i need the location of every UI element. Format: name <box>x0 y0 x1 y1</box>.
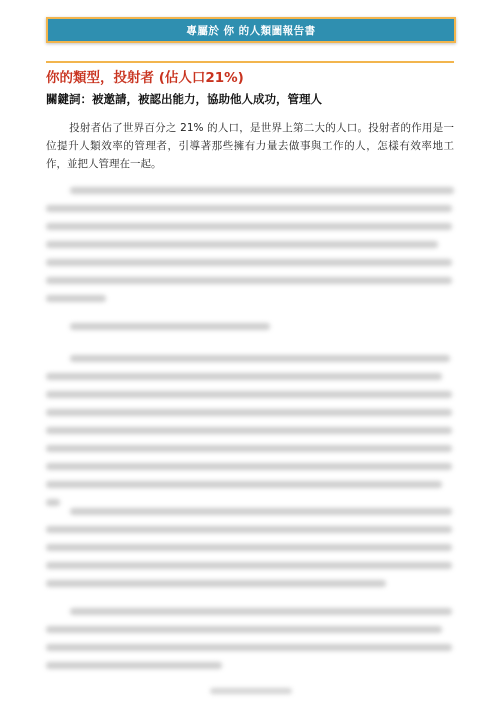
blurred-paragraph-3 <box>46 355 454 517</box>
intro-paragraph: 投射者佔了世界百分之 21% 的人口，是世界上第二大的人口。投射者的作用是一位提… <box>46 119 454 173</box>
blurred-paragraph-4 <box>46 508 454 598</box>
type-heading: 你的類型，投射者 (佔人口21%) <box>46 66 244 86</box>
report-title: 專屬於 你 的人類圖報告書 <box>186 23 315 38</box>
section-divider <box>46 61 454 63</box>
blurred-footer <box>210 688 292 694</box>
blurred-paragraph-5 <box>46 608 454 680</box>
blurred-paragraph-2 <box>46 187 454 313</box>
report-title-banner: 專屬於 你 的人類圖報告書 <box>46 17 456 43</box>
blurred-subheading <box>46 323 454 341</box>
keywords-line: 關鍵詞：被邀請，被認出能力，協助他人成功，管理人 <box>46 91 322 107</box>
